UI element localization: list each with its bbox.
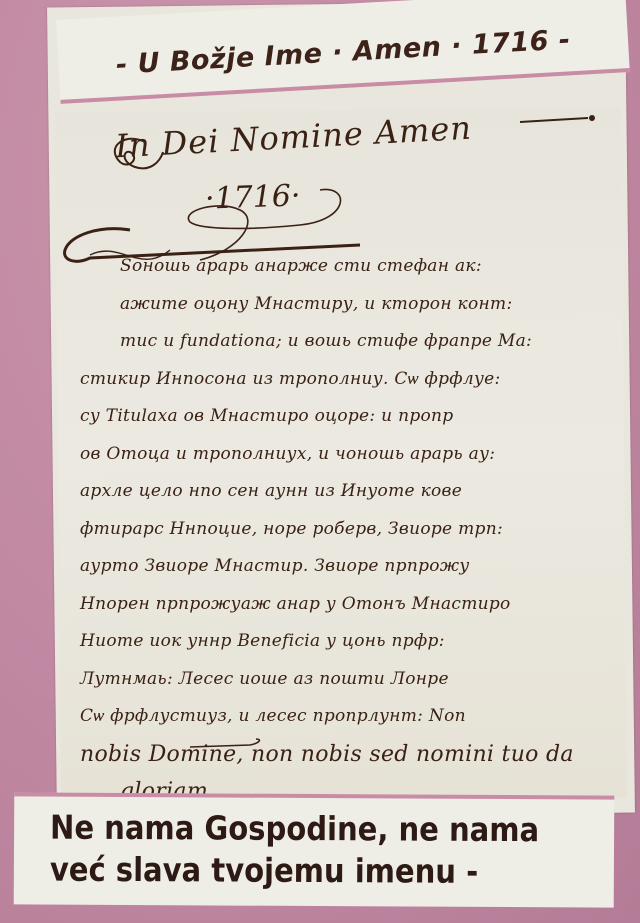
manuscript-line: Сѡ фрфлустиуз, и лесес пропрлунт: Non [80, 698, 520, 736]
amen-underline-flourish-icon [520, 108, 600, 128]
manuscript-line: стикир Инпосона из трополниу. Сѡ фрфлуе: [80, 361, 520, 399]
top-banner-title: - U Božje Ime · Amen · 1716 - [115, 24, 571, 80]
manuscript-line: су Titulaxa ов Мнастиро оцоре: и пропр [80, 398, 520, 436]
manuscript-line: ов Отоца и трополниух, и чоношь арарь ау… [80, 436, 520, 474]
manuscript-line: Лутнмаь: Лесес иоше аз пошти Лонре [80, 661, 520, 699]
manuscript-line: ажите оцону Мнастиру, и кторон конт: [80, 286, 520, 324]
heading-flourish-icon [105, 132, 165, 182]
manuscript-line: Ниоте иок уннр Beneficia у цонь прфр: [80, 623, 520, 661]
manuscript-line: nobis Domine, non nobis sed nomini tuo d… [80, 736, 520, 774]
manuscript-line: аурто Звиоре Мнастир. Звиоре прпрожу [80, 548, 520, 586]
bottom-banner-line-1: Ne nama Gospodine, ne nama [50, 807, 547, 852]
manuscript-line: тис и fundationa; и вошь стифе фрапре Ма… [80, 323, 520, 361]
bottom-banner: Ne nama Gospodine, ne nama već slava tvo… [14, 792, 615, 907]
bottom-banner-line-2: već slava tvojemu imenu - [50, 849, 547, 894]
manuscript-body: Ѕоношь арарь анарже сти стефан ак: ажите… [80, 248, 520, 811]
manuscript-line: архле цело нпо сен аунн из Инуоте кове [80, 473, 520, 511]
gloriam-underline-flourish-icon [190, 735, 270, 755]
manuscript-line: фтирарс Ннпоцие, норе роберв, Звиоре трп… [80, 511, 520, 549]
manuscript-line: Ѕоношь арарь анарже сти стефан ак: [80, 248, 520, 286]
manuscript-line: Нпорен прпрожуаж анар у Отонъ Мнастиро [80, 586, 520, 624]
